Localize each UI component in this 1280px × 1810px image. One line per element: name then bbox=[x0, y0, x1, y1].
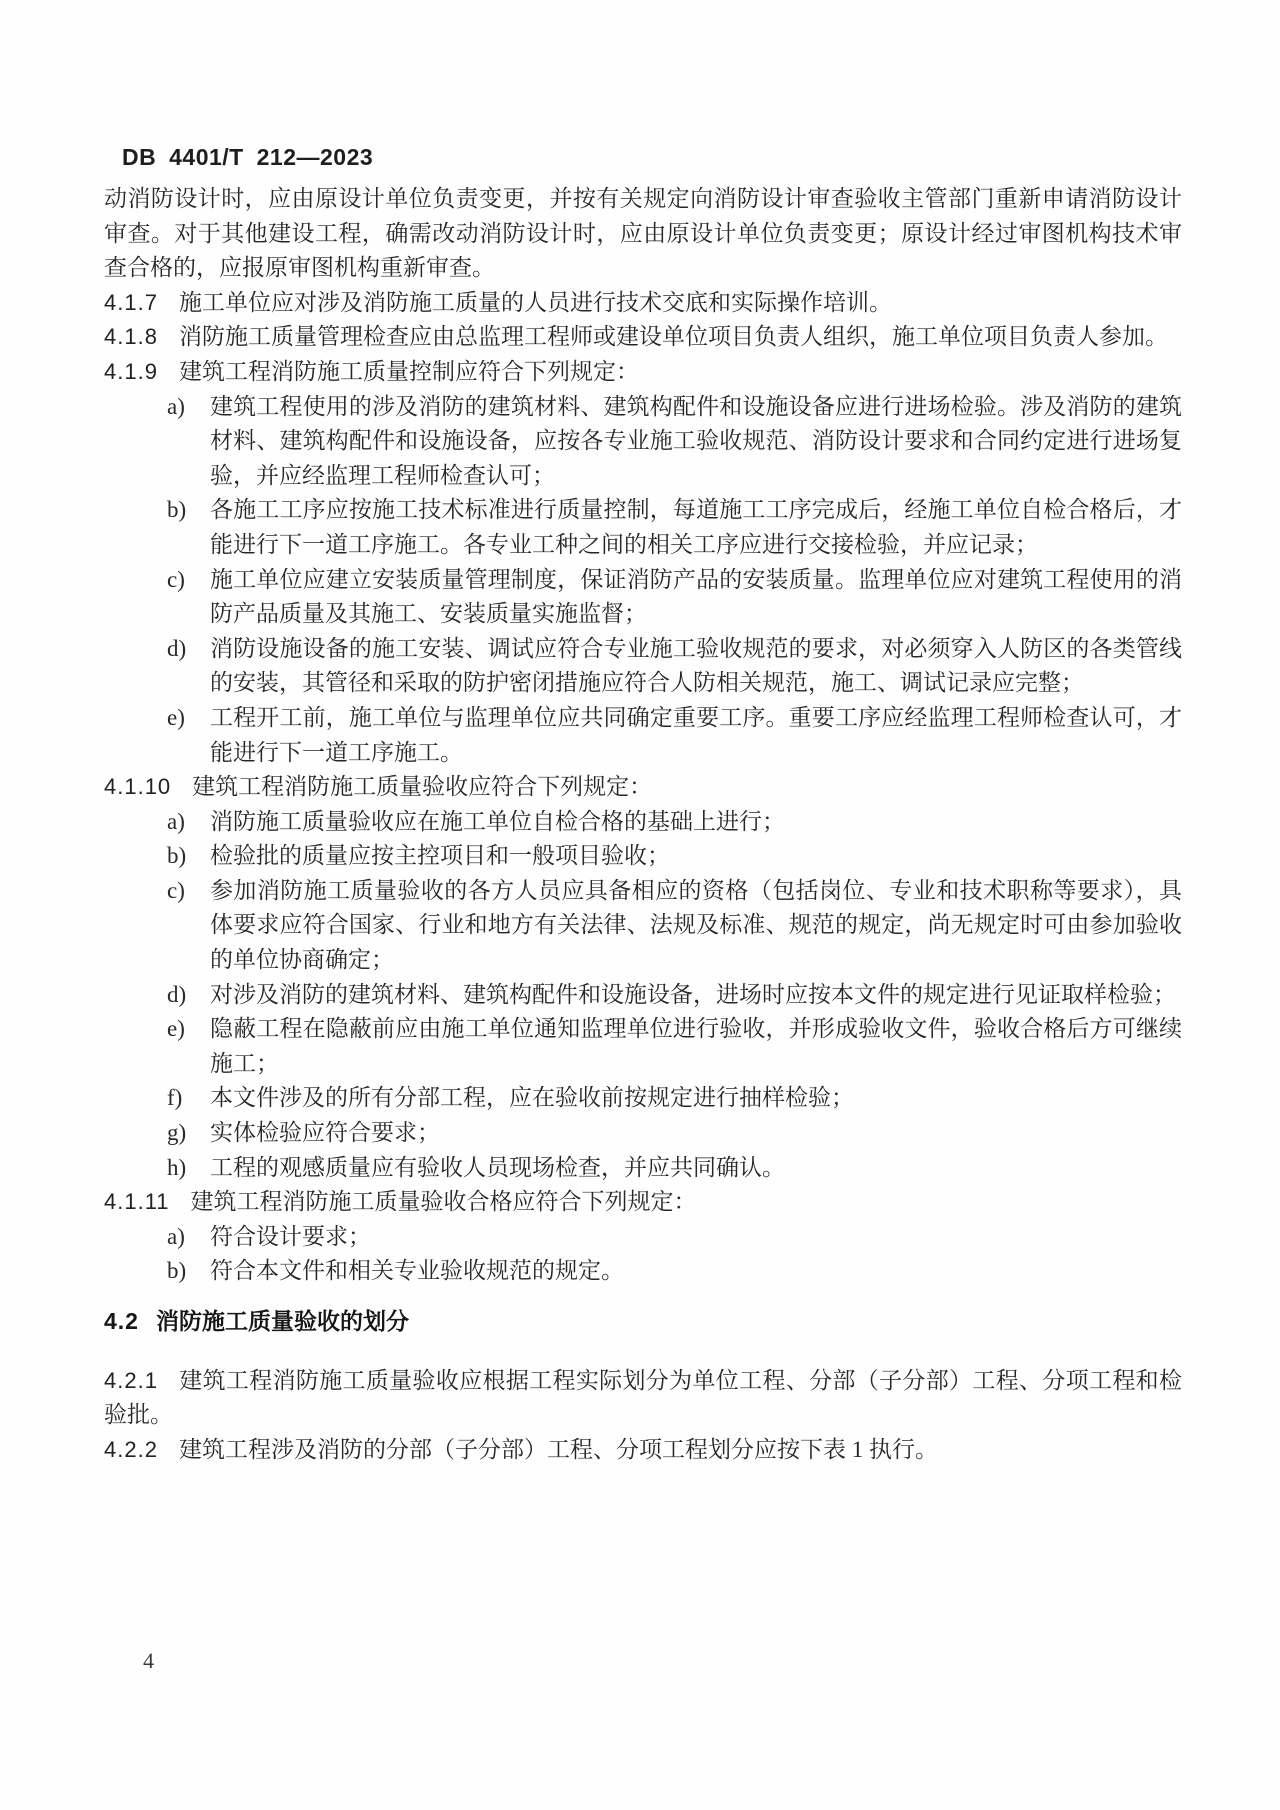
section-number: 4.2 bbox=[104, 1308, 156, 1334]
paragraph-continuation: 动消防设计时，应由原设计单位负责变更，并按有关规定向消防设计审查验收主管部门重新… bbox=[104, 182, 1182, 286]
item-marker: e) bbox=[167, 701, 210, 770]
clause-text: 建筑工程消防施工质量验收应符合下列规定： bbox=[192, 774, 652, 799]
item-text: 符合设计要求； bbox=[210, 1220, 1182, 1255]
clause-4-1-9: 4.1.9建筑工程消防施工质量控制应符合下列规定： bbox=[104, 355, 1182, 390]
item-text: 各施工工序应按施工技术标准进行质量控制，每道施工工序完成后，经施工单位自检合格后… bbox=[210, 493, 1182, 562]
item-text: 实体检验应符合要求； bbox=[210, 1116, 1182, 1151]
item-text: 消防施工质量验收应在施工单位自检合格的基础上进行； bbox=[210, 805, 1182, 840]
item-text: 工程的观感质量应有验收人员现场检查，并应共同确认。 bbox=[210, 1151, 1182, 1186]
item-marker: a) bbox=[167, 1220, 210, 1255]
item-marker: b) bbox=[167, 493, 210, 562]
clause-text: 消防施工质量管理检查应由总监理工程师或建设单位项目负责人组织，施工单位项目负责人… bbox=[179, 324, 1168, 349]
item-marker: b) bbox=[167, 839, 210, 874]
clause-number: 4.1.7 bbox=[104, 290, 179, 315]
item-marker: b) bbox=[167, 1254, 210, 1289]
item-text: 符合本文件和相关专业验收规范的规定。 bbox=[210, 1254, 1182, 1289]
item-text: 建筑工程使用的涉及消防的建筑材料、建筑构配件和设施设备应进行进场检验。涉及消防的… bbox=[210, 390, 1182, 494]
item-marker: d) bbox=[167, 632, 210, 701]
clause-4-1-7: 4.1.7施工单位应对涉及消防施工质量的人员进行技术交底和实际操作培训。 bbox=[104, 286, 1182, 321]
item-marker: c) bbox=[167, 563, 210, 632]
item-text: 本文件涉及的所有分部工程，应在验收前按规定进行抽样检验； bbox=[210, 1081, 1182, 1116]
section-title: 消防施工质量验收的划分 bbox=[156, 1308, 409, 1334]
list-item-b: b) 检验批的质量应按主控项目和一般项目验收； bbox=[104, 839, 1182, 874]
document-body: 动消防设计时，应由原设计单位负责变更，并按有关规定向消防设计审查验收主管部门重新… bbox=[104, 182, 1182, 1467]
item-text: 施工单位应建立安装质量管理制度，保证消防产品的安装质量。监理单位应对建筑工程使用… bbox=[210, 563, 1182, 632]
item-text: 隐蔽工程在隐蔽前应由施工单位通知监理单位进行验收，并形成验收文件，验收合格后方可… bbox=[210, 1012, 1182, 1081]
item-text: 检验批的质量应按主控项目和一般项目验收； bbox=[210, 839, 1182, 874]
clause-4-2-2: 4.2.2建筑工程涉及消防的分部（子分部）工程、分项工程划分应按下表 1 执行。 bbox=[104, 1433, 1182, 1468]
list-item-b: b) 各施工工序应按施工技术标准进行质量控制，每道施工工序完成后，经施工单位自检… bbox=[104, 493, 1182, 562]
item-marker: d) bbox=[167, 978, 210, 1013]
list-item-c: c) 参加消防施工质量验收的各方人员应具备相应的资格（包括岗位、专业和技术职称等… bbox=[104, 874, 1182, 978]
list-item-d: d) 对涉及消防的建筑材料、建筑构配件和设施设备，进场时应按本文件的规定进行见证… bbox=[104, 978, 1182, 1013]
page-number: 4 bbox=[143, 1648, 154, 1674]
item-text: 对涉及消防的建筑材料、建筑构配件和设施设备，进场时应按本文件的规定进行见证取样检… bbox=[210, 978, 1182, 1013]
item-marker: a) bbox=[167, 805, 210, 840]
list-item-g: g) 实体检验应符合要求； bbox=[104, 1116, 1182, 1151]
clause-4-1-10: 4.1.10建筑工程消防施工质量验收应符合下列规定： bbox=[104, 770, 1182, 805]
list-item-d: d) 消防设施设备的施工安装、调试应符合专业施工验收规范的要求，对必须穿入人防区… bbox=[104, 632, 1182, 701]
clause-text: 施工单位应对涉及消防施工质量的人员进行技术交底和实际操作培训。 bbox=[179, 290, 892, 315]
item-text: 工程开工前，施工单位与监理单位应共同确定重要工序。重要工序应经监理工程师检查认可… bbox=[210, 701, 1182, 770]
list-item-a: a) 符合设计要求； bbox=[104, 1220, 1182, 1255]
item-marker: h) bbox=[167, 1151, 210, 1186]
document-code: DB 4401/T 212—2023 bbox=[122, 144, 373, 171]
item-marker: e) bbox=[167, 1012, 210, 1081]
list-item-e: e) 工程开工前，施工单位与监理单位应共同确定重要工序。重要工序应经监理工程师检… bbox=[104, 701, 1182, 770]
clause-text: 建筑工程消防施工质量控制应符合下列规定： bbox=[179, 359, 639, 384]
clause-text: 建筑工程消防施工质量验收合格应符合下列规定： bbox=[191, 1189, 697, 1214]
item-text: 消防设施设备的施工安装、调试应符合专业施工验收规范的要求，对必须穿入人防区的各类… bbox=[210, 632, 1182, 701]
section-heading-4-2: 4.2消防施工质量验收的划分 bbox=[104, 1304, 1182, 1339]
clause-4-1-8: 4.1.8消防施工质量管理检查应由总监理工程师或建设单位项目负责人组织，施工单位… bbox=[104, 320, 1182, 355]
list-item-b: b) 符合本文件和相关专业验收规范的规定。 bbox=[104, 1254, 1182, 1289]
list-item-f: f) 本文件涉及的所有分部工程，应在验收前按规定进行抽样检验； bbox=[104, 1081, 1182, 1116]
list-item-c: c) 施工单位应建立安装质量管理制度，保证消防产品的安装质量。监理单位应对建筑工… bbox=[104, 563, 1182, 632]
item-marker: a) bbox=[167, 390, 210, 494]
list-item-h: h) 工程的观感质量应有验收人员现场检查，并应共同确认。 bbox=[104, 1151, 1182, 1186]
clause-text: 建筑工程涉及消防的分部（子分部）工程、分项工程划分应按下表 1 执行。 bbox=[179, 1437, 938, 1462]
document-page: DB 4401/T 212—2023 动消防设计时，应由原设计单位负责变更，并按… bbox=[0, 0, 1280, 1810]
list-item-a: a) 消防施工质量验收应在施工单位自检合格的基础上进行； bbox=[104, 805, 1182, 840]
list-item-a: a) 建筑工程使用的涉及消防的建筑材料、建筑构配件和设施设备应进行进场检验。涉及… bbox=[104, 390, 1182, 494]
item-text: 参加消防施工质量验收的各方人员应具备相应的资格（包括岗位、专业和技术职称等要求）… bbox=[210, 874, 1182, 978]
clause-4-2-1: 4.2.1建筑工程消防施工质量验收应根据工程实际划分为单位工程、分部（子分部）工… bbox=[104, 1364, 1182, 1433]
item-marker: f) bbox=[167, 1081, 210, 1116]
clause-number: 4.1.10 bbox=[104, 774, 192, 799]
clause-number: 4.2.2 bbox=[104, 1437, 179, 1462]
list-item-e: e) 隐蔽工程在隐蔽前应由施工单位通知监理单位进行验收，并形成验收文件，验收合格… bbox=[104, 1012, 1182, 1081]
clause-number: 4.1.9 bbox=[104, 359, 179, 384]
item-marker: g) bbox=[167, 1116, 210, 1151]
clause-number: 4.2.1 bbox=[104, 1368, 179, 1393]
item-marker: c) bbox=[167, 874, 210, 978]
clause-number: 4.1.11 bbox=[104, 1189, 191, 1214]
clause-text: 建筑工程消防施工质量验收应根据工程实际划分为单位工程、分部（子分部）工程、分项工… bbox=[104, 1368, 1182, 1428]
clause-4-1-11: 4.1.11建筑工程消防施工质量验收合格应符合下列规定： bbox=[104, 1185, 1182, 1220]
clause-number: 4.1.8 bbox=[104, 324, 179, 349]
